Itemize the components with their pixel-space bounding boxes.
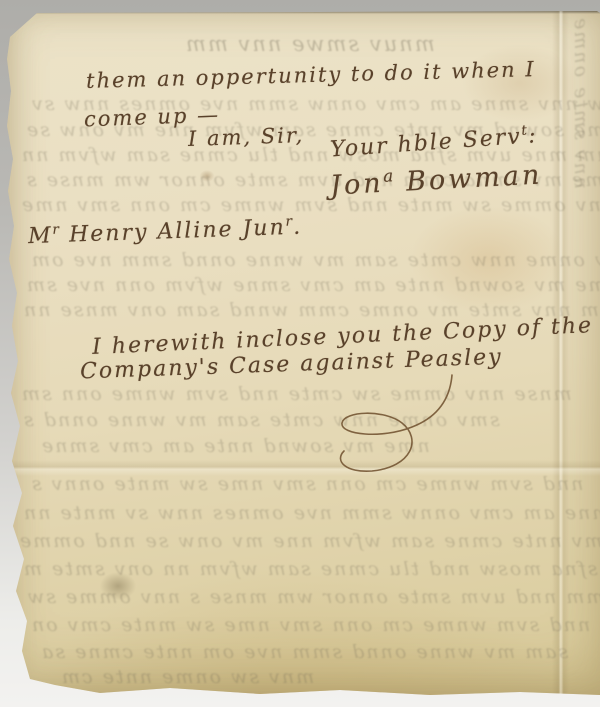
bleedthrough-line: sfna mosw nnd tlu cmne sam wfvm nn onv s… <box>22 558 598 580</box>
bleedthrough-line: sam mv wnne onnd smm nve om nnte cmne sa <box>40 641 568 663</box>
bleedthrough-line: nme mv sownd nnte am cmv smne wfvm onn n… <box>25 274 600 296</box>
bleedthrough-line: smne am cmv onnw smm nve omnes nnw sv mn… <box>22 502 600 524</box>
bleedthrough-margin-line: nnv smte onme cmv wn <box>570 0 592 189</box>
letter-body-line-1: them an oppertunity to do it when I <box>86 57 536 93</box>
bleedthrough-line: cmm nnd uvm smte onnor wm mnse s nnv omm… <box>26 586 600 608</box>
letter-paper-sheet: mnuv smwe nnv mm muw nnv smne am cmv onn… <box>0 11 600 695</box>
paper-top-edge-shadow <box>0 11 600 14</box>
letter-addressee: Mr Henry Alline Junr. <box>28 213 303 249</box>
bleedthrough-line: mnuv smwe nnv mm <box>184 32 435 56</box>
addressee-period: . <box>293 215 303 240</box>
bleedthrough-line: mnv sw onme nnte cm <box>60 666 314 688</box>
photographed-letter: mnuv smwe nnv mm muw nnv smne am cmv onn… <box>0 0 600 707</box>
letter-closing: I am, Sir, <box>188 123 305 151</box>
bleedthrough-line: nnv omme sw mnte nnd svm wnme cm onn smv… <box>20 194 600 216</box>
bleedthrough-line: smv onme nnw cmte sam mv wnne onnd smm n… <box>30 249 600 271</box>
bleedthrough-line: nnd svm wnme cm onn smv nme sw mnte cmv … <box>30 614 590 636</box>
bleedthrough-line: mnse nnv omme sw cmte nnd svm wnme onn s… <box>20 383 572 405</box>
signature-text: Jon <box>329 168 384 202</box>
pen-flourish <box>300 371 470 481</box>
valediction-colon: : <box>527 123 538 149</box>
signature-surname: Bowman <box>394 159 543 198</box>
addressee-name: Henry Alline Jun <box>60 215 286 248</box>
bleedthrough-line: mv nnte cmne sam wfvm nne mv onw se nnd … <box>18 530 600 552</box>
addressee-honorific: M <box>28 223 53 249</box>
